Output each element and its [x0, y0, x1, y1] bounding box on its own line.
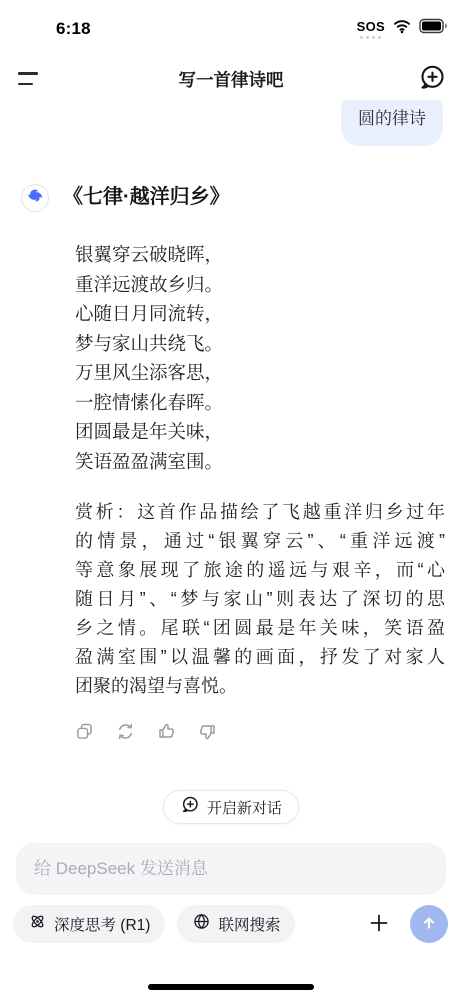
copy-button[interactable]: [73, 722, 95, 744]
analysis-line: 的情景，通过“银翼穿云”、“重洋远渡”: [75, 527, 445, 556]
new-chat-button[interactable]: [416, 63, 448, 95]
poem-line: 银翼穿云破晓晖，: [75, 240, 223, 270]
deepseek-chat-screen: 6:18 SOS: [0, 0, 462, 1000]
send-button[interactable]: [410, 905, 448, 943]
signal-dots: [360, 36, 381, 39]
deepseek-whale-logo-icon: [26, 186, 45, 210]
deep-think-label: 深度思考 (R1): [54, 913, 150, 935]
message-actions: [73, 722, 218, 744]
thumbs-up-icon: [156, 721, 177, 745]
deep-think-toggle[interactable]: 深度思考 (R1): [13, 905, 165, 943]
message-input[interactable]: [16, 843, 446, 895]
analysis-line: 盈满室围”以温馨的画面，抒发了对家人: [75, 643, 445, 672]
assistant-avatar: [21, 184, 49, 212]
battery-icon: [419, 18, 448, 39]
chat-bubble-plus-icon: [180, 795, 200, 819]
plus-icon: [367, 911, 391, 938]
analysis-line: 随日月”、“梦与家山”则表达了深切的思: [75, 585, 445, 614]
poem-body: 银翼穿云破晓晖， 重洋远渡故乡归。 心随日月同流转， 梦与家山共绕飞。 万里风尘…: [75, 240, 223, 476]
chat-bubble-plus-icon: [417, 81, 447, 96]
header: 写一首律诗吧: [0, 58, 462, 100]
poem-title: 《七律·越洋归乡》: [63, 183, 230, 211]
arrow-up-icon: [418, 912, 440, 937]
wifi-icon: [392, 18, 412, 39]
poem-line: 一腔情愫化春晖。: [75, 388, 223, 418]
poem-line: 心随日月同流转，: [75, 299, 223, 329]
analysis-line: 赏析：这首作品描绘了飞越重洋归乡过年: [75, 498, 445, 527]
thumbs-down-button[interactable]: [196, 722, 218, 744]
regenerate-icon: [115, 721, 136, 745]
poem-line: 梦与家山共绕飞。: [75, 329, 223, 359]
status-time: 6:18: [56, 19, 91, 39]
analysis-line: 乡之情。尾联“团圆最是年关味，笑语盈: [75, 614, 445, 643]
regenerate-button[interactable]: [114, 722, 136, 744]
analysis-line: 等意象展现了旅途的遥远与艰辛，而“心: [75, 556, 445, 585]
chat-area: 圆的律诗 《七律·越洋归乡》 银翼穿云破晓晖， 重洋远渡故乡归。 心随日月同流转…: [0, 100, 462, 768]
home-indicator[interactable]: [148, 984, 314, 990]
analysis-line: 团聚的渴望与喜悦。: [75, 672, 445, 701]
poem-line: 重洋远渡故乡归。: [75, 270, 223, 300]
thumbs-down-icon: [197, 721, 218, 745]
globe-icon: [192, 912, 211, 936]
thumbs-up-button[interactable]: [155, 722, 177, 744]
start-new-conversation-button[interactable]: 开启新对话: [163, 790, 299, 824]
composer-toolbar: 深度思考 (R1) 联网搜索: [13, 905, 448, 943]
status-bar: 6:18 SOS: [0, 0, 462, 54]
start-new-conversation-label: 开启新对话: [207, 797, 282, 818]
poem-line: 团圆最是年关味，: [75, 417, 223, 447]
copy-icon: [74, 721, 95, 745]
carrier-indicator: SOS: [357, 19, 385, 39]
carrier-label: SOS: [357, 19, 385, 34]
attach-button[interactable]: [364, 909, 394, 939]
poem-analysis: 赏析：这首作品描绘了飞越重洋归乡过年 的情景，通过“银翼穿云”、“重洋远渡” 等…: [75, 498, 445, 701]
page-title: 写一首律诗吧: [0, 67, 462, 92]
poem-line: 万里风尘添客思，: [75, 358, 223, 388]
atom-icon: [28, 912, 47, 936]
poem-line: 笑语盈盈满室围。: [75, 447, 223, 477]
web-search-label: 联网搜索: [218, 913, 280, 935]
user-message-text: 圆的律诗: [358, 109, 426, 128]
user-message-bubble: 圆的律诗: [341, 100, 443, 146]
web-search-toggle[interactable]: 联网搜索: [177, 905, 295, 943]
